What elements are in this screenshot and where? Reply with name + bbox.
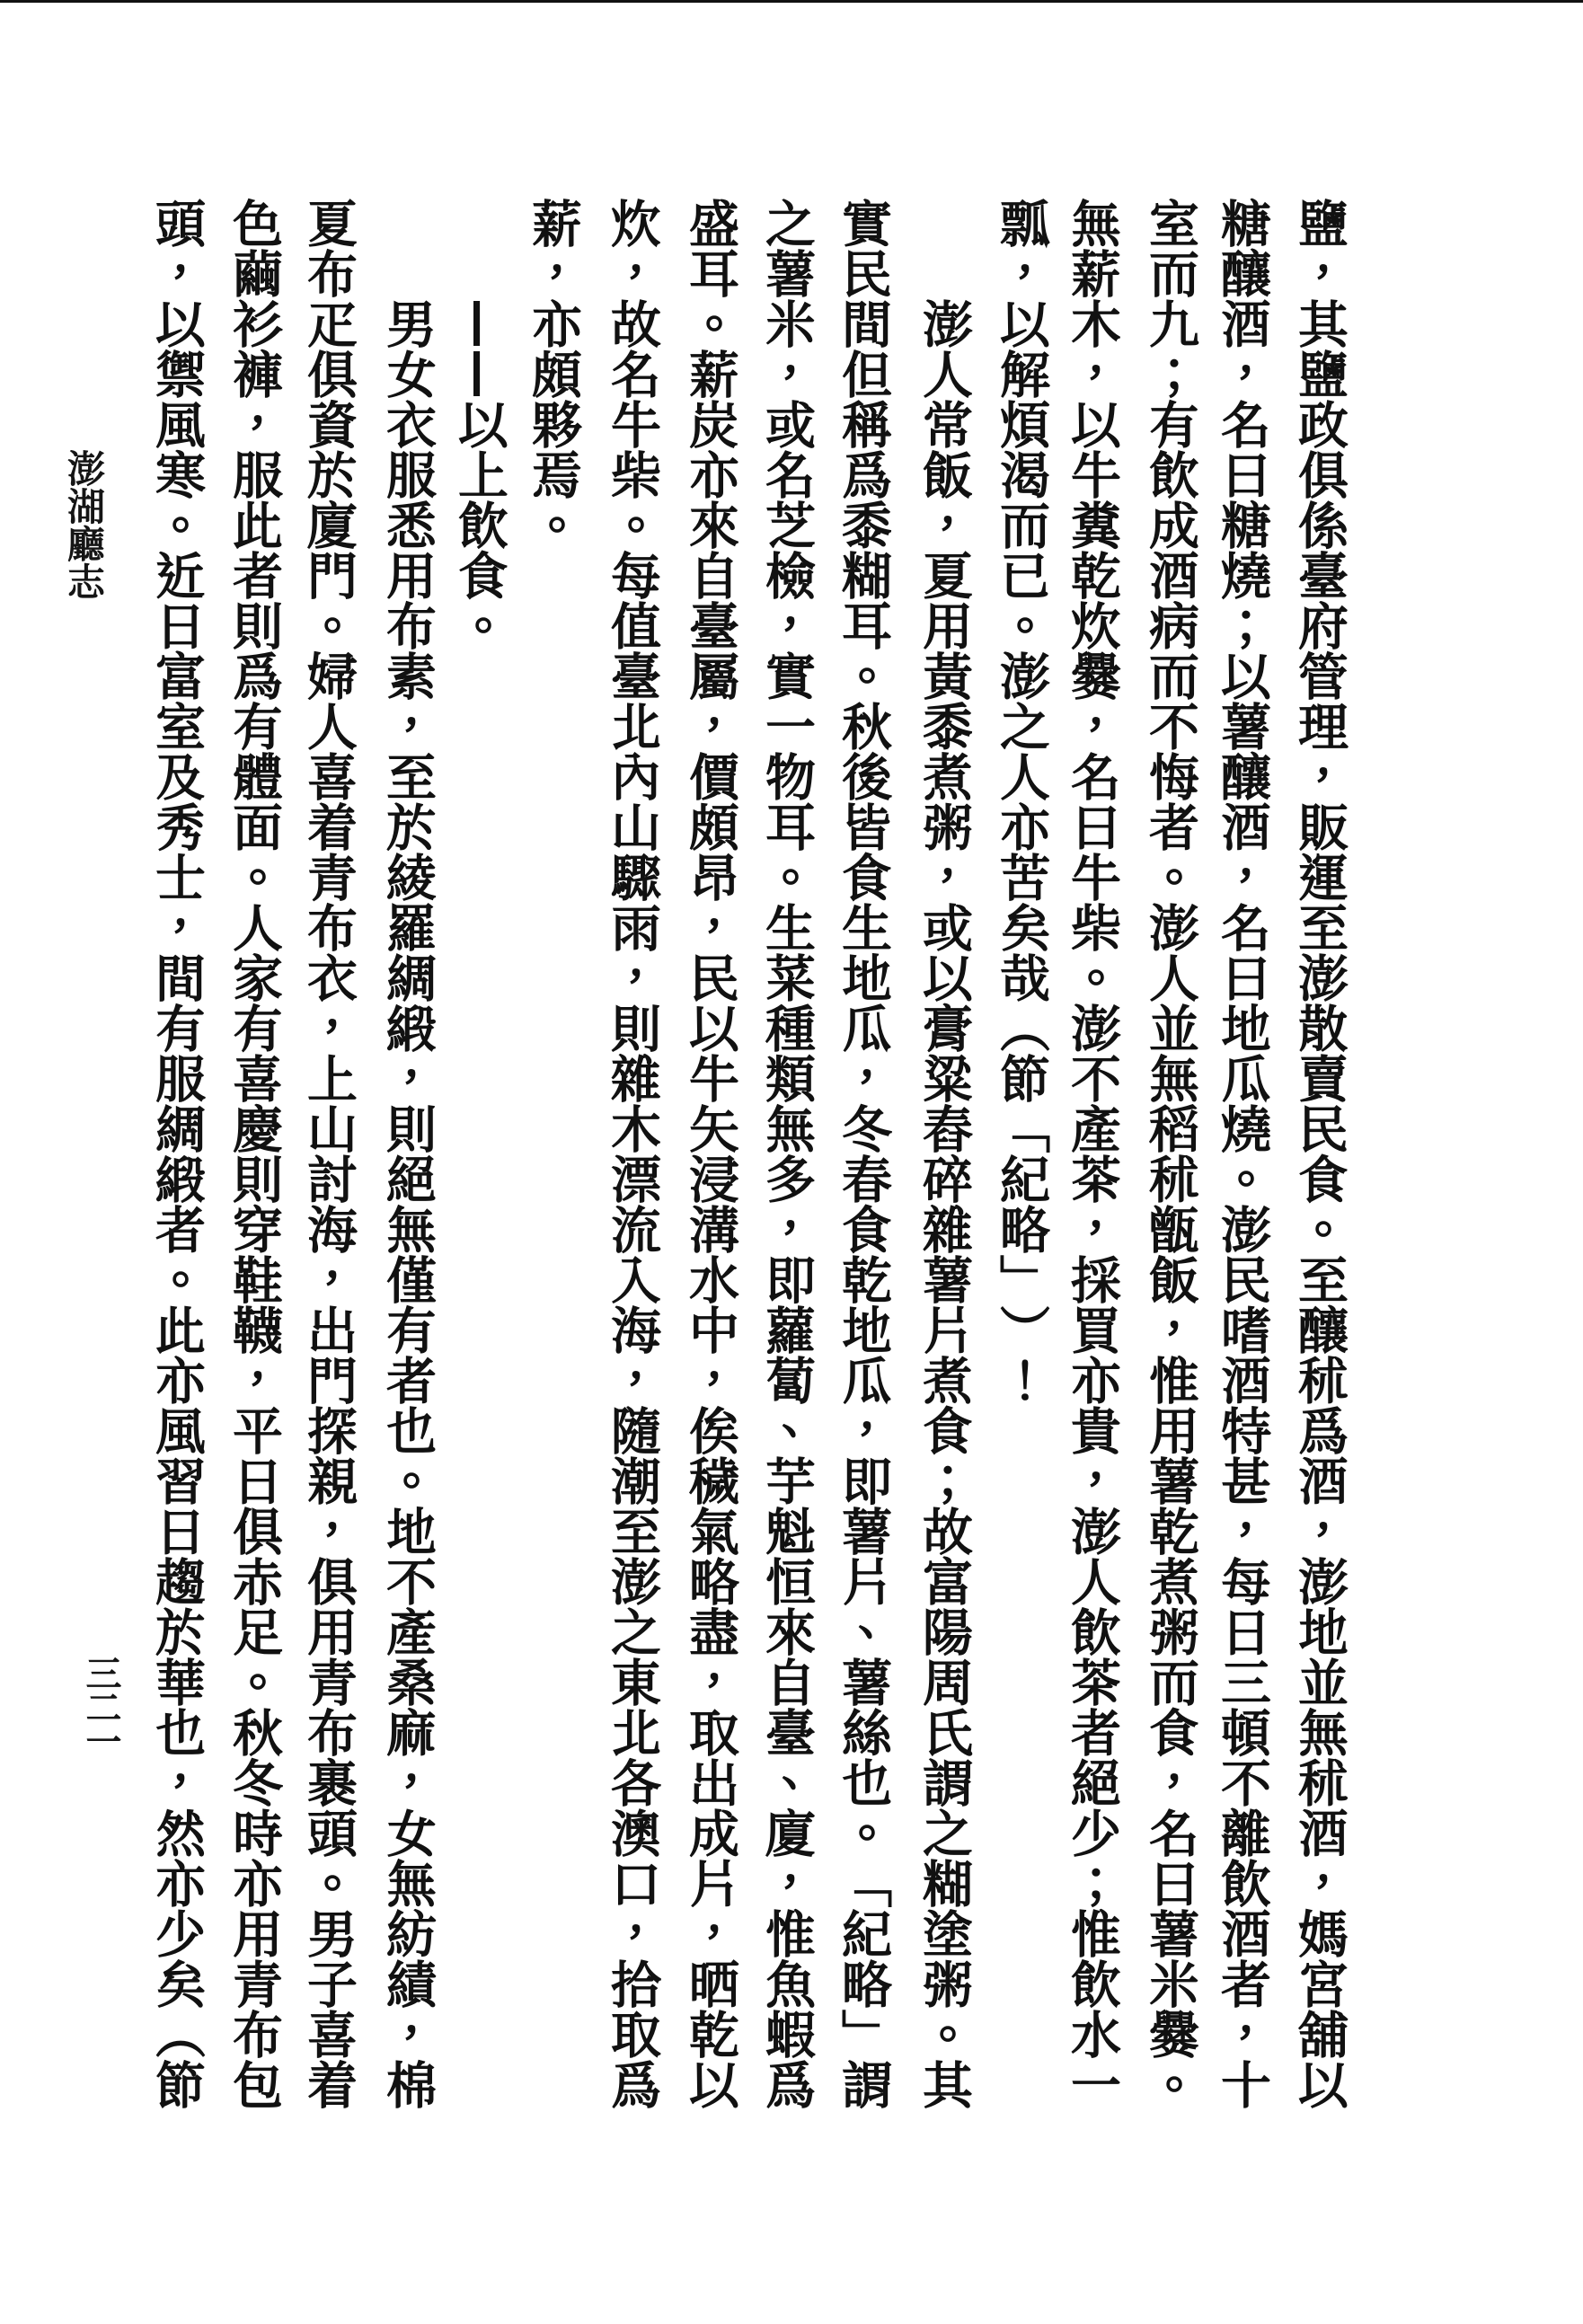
text-column: 糖釀酒，名曰糖燒；以薯釀酒，名曰地瓜燒。澎民嗜酒特甚，每日三頓不離飲酒者，十: [1216, 198, 1267, 2120]
text-column: 炊，故名牛柴。每值臺北內山驟雨，則雜木漂流入海，隨潮至澎之東北各澳口，拾取爲: [606, 198, 657, 2120]
top-border-line: [0, 0, 1583, 3]
text-column: 之薯米，或名芝檢，實一物耳。生菜種類無多，即蘿蔔、芋魁恒來自臺、廈，惟魚蝦爲: [761, 198, 811, 2120]
section-end-marker: ——以上飲食。: [454, 298, 504, 2221]
text-column: 室而九；有飲成酒病而不悔者。澎人並無稻秫甑飯，惟用薯乾煮粥而食，名曰薯米爨。: [1145, 198, 1195, 2120]
text-column: 夏布疋俱資於廈門。婦人喜着青布衣，上山討海，出門探親，俱用青布裹頭。男子喜着: [303, 198, 353, 2120]
text-column: 實民間但稱爲黍糊耳。秋後皆食生地瓜，冬春食乾地瓜，即薯片、薯絲也。「紀略」謂: [837, 198, 888, 2120]
text-column: 頭，以禦風寒。近日富室及秀士，間有服綢緞者。此亦風習日趨於華也，然亦少矣（節: [151, 198, 201, 2120]
paragraph-start-column: 澎人常飯，夏用黃黍煮粥，或以膏粱舂碎雜薯片煮食；故富陽周氏謂之糊塗粥。其: [918, 298, 968, 2221]
running-title: 澎湖廳志: [65, 449, 102, 600]
text-column: 盛耳。薪炭亦來自臺屬，價頗昂，民以牛矢浸溝水中，俟穢氣略盡，取出成片，晒乾以: [685, 198, 735, 2120]
text-column: 薪，亦頗夥焉。: [527, 198, 578, 2120]
text-column: 色繭衫褲，服此者則爲有體面。人家有喜慶則穿鞋韈，平日俱赤足。秋冬時亦用青布包: [228, 198, 279, 2120]
text-column: 無薪木，以牛糞乾炊爨，名曰牛柴。澎不產茶，採買亦貴，澎人飲茶者絕少；惟飲水一: [1066, 198, 1117, 2120]
book-page: 鹽，其鹽政俱係臺府管理，販運至澎散賣民食。至釀秫爲酒，澎地並無秫酒，媽宮舖以 糖…: [0, 0, 1583, 2324]
text-column: 瓢，以解煩渴而已。澎之人亦苦矣哉（節「紀略」）！: [995, 198, 1046, 2120]
text-column: 鹽，其鹽政俱係臺府管理，販運至澎散賣民食。至釀秫爲酒，澎地並無秫酒，媽宮舖以: [1294, 198, 1344, 2120]
paragraph-start-column: 男女衣服悉用布素，至於綾羅綢緞，則絕無僅有者也。地不產桑麻，女無紡績，棉: [382, 298, 432, 2221]
page-number: 三二一: [82, 1655, 119, 1757]
